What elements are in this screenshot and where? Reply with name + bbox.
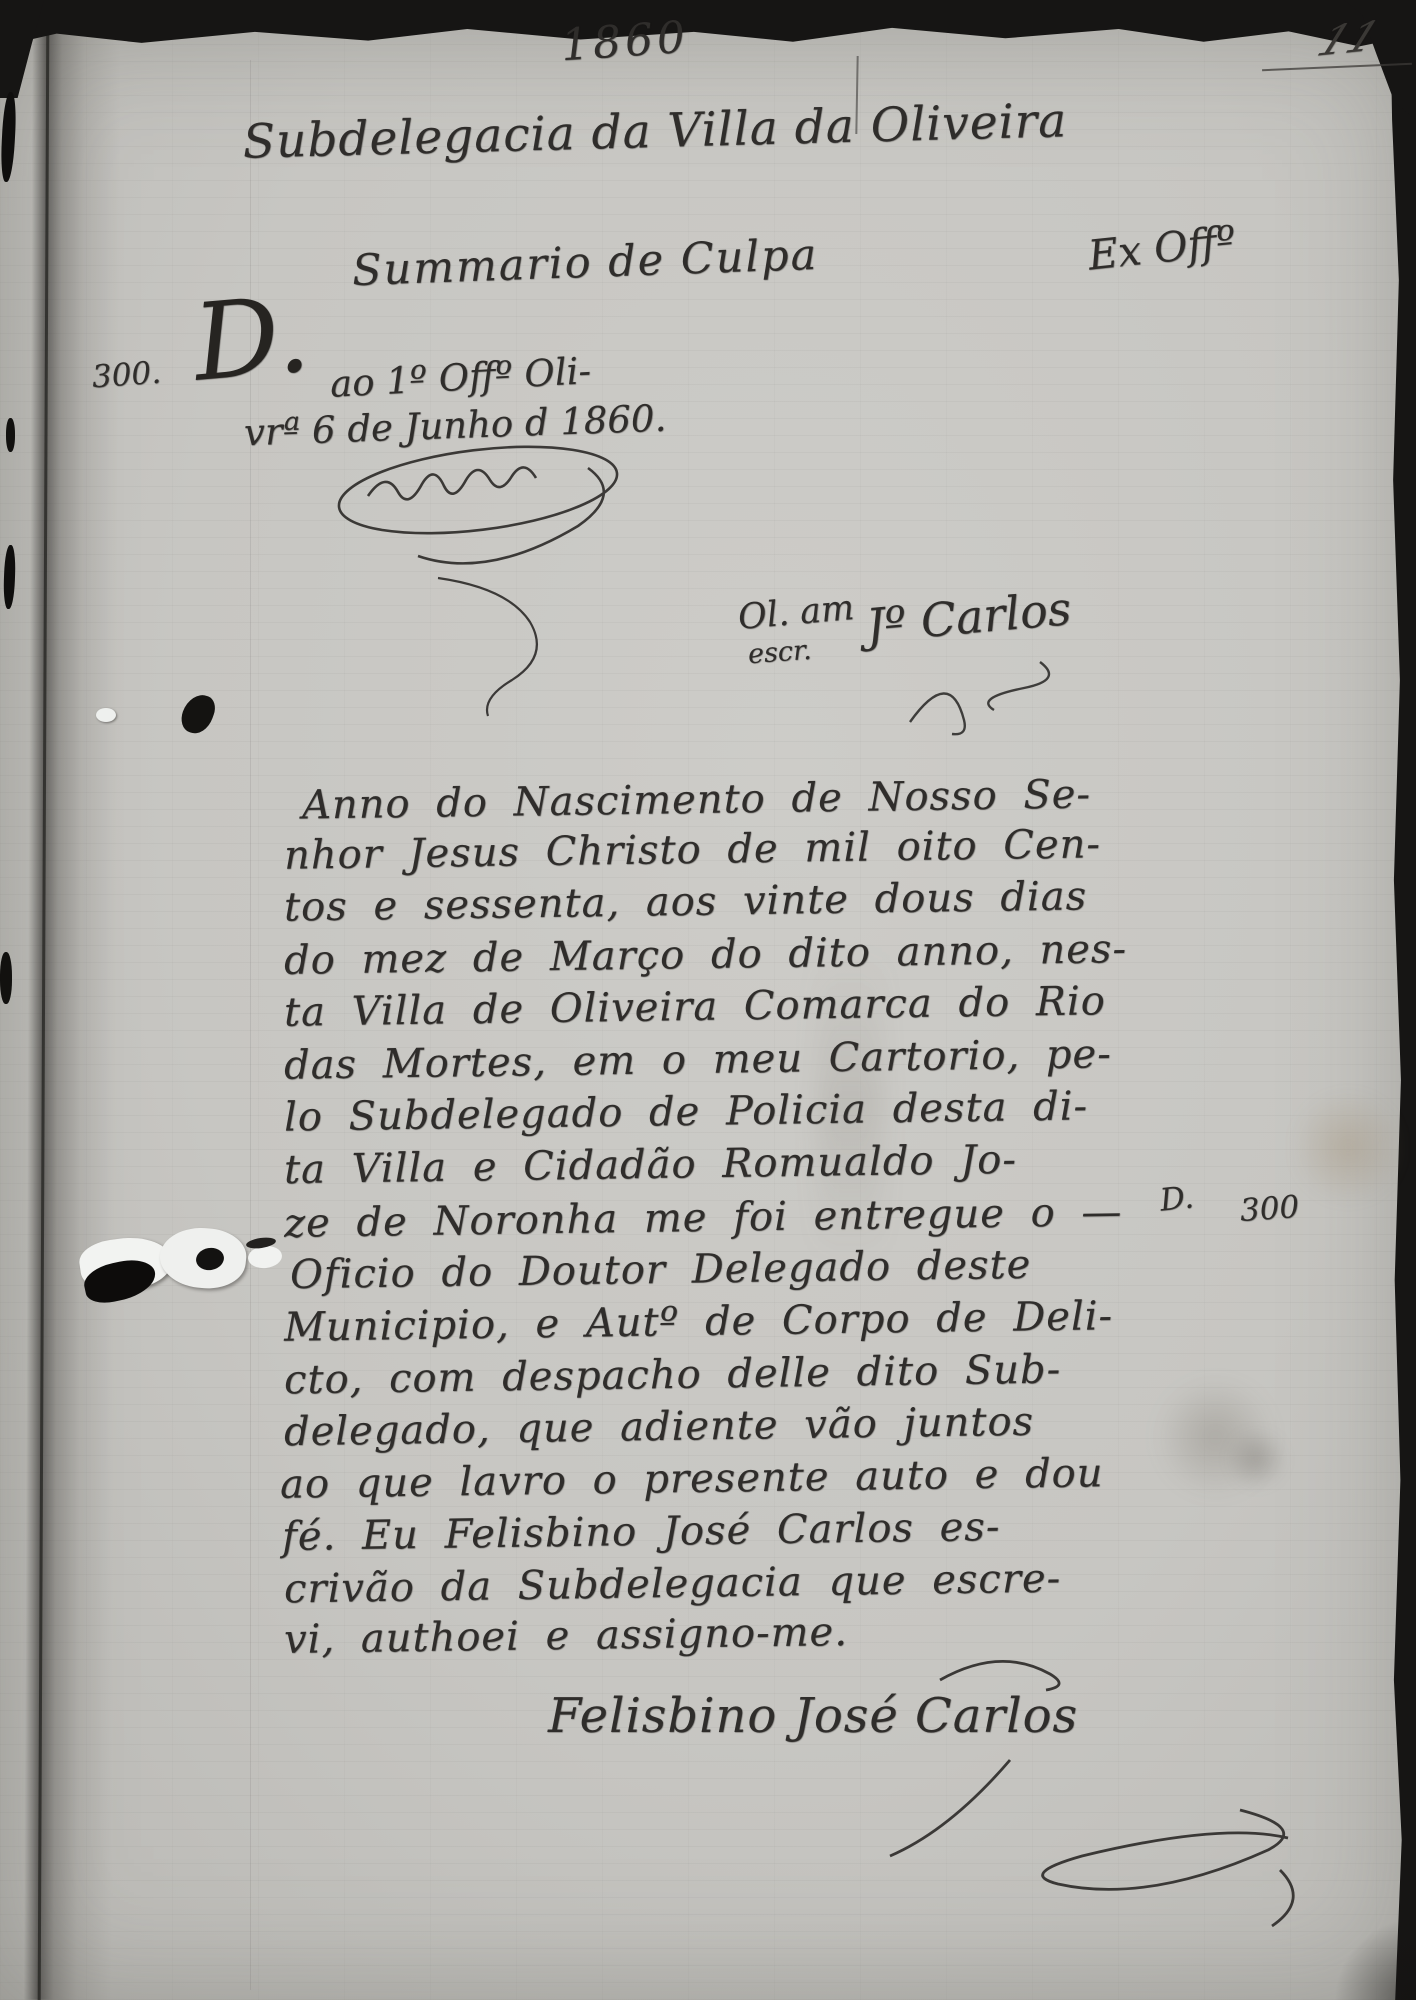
paper-chip (96, 708, 116, 722)
scan-corner-bottom-right (1330, 1922, 1416, 2000)
body-line: fé. Eu Felisbino José Carlos es- (282, 1505, 1001, 1559)
clerk-note-flourish (850, 652, 1070, 742)
body-line: cto, com despacho delle dito Sub- (284, 1348, 1062, 1403)
rubric-flourish (288, 438, 648, 718)
body-line: ta Villa e Cidadão Romualdo Jo- (284, 1138, 1017, 1192)
binding-mark (6, 418, 15, 452)
binding-mark (0, 952, 12, 1004)
signature-flourish (760, 1640, 1320, 1940)
stain (1226, 1428, 1288, 1490)
body-line: delegado, que adiente vão juntos (284, 1400, 1035, 1454)
body-line: Oficio do Doutor Delegado deste (290, 1243, 1032, 1297)
margin-number: 300. (91, 356, 162, 395)
dispatch-initial: D. (190, 281, 314, 397)
clerk-note-abbr-bottom: escr. (747, 636, 812, 670)
document-scan: 11 1860 Subdelegacia da Villa da Oliveir… (0, 0, 1416, 2000)
deposit-note-label: D. (1158, 1180, 1195, 1217)
deposit-note-value: 300 (1239, 1190, 1300, 1228)
stain (1296, 1085, 1400, 1210)
body-line: crivão da Subdelegacia que escre- (284, 1557, 1062, 1612)
